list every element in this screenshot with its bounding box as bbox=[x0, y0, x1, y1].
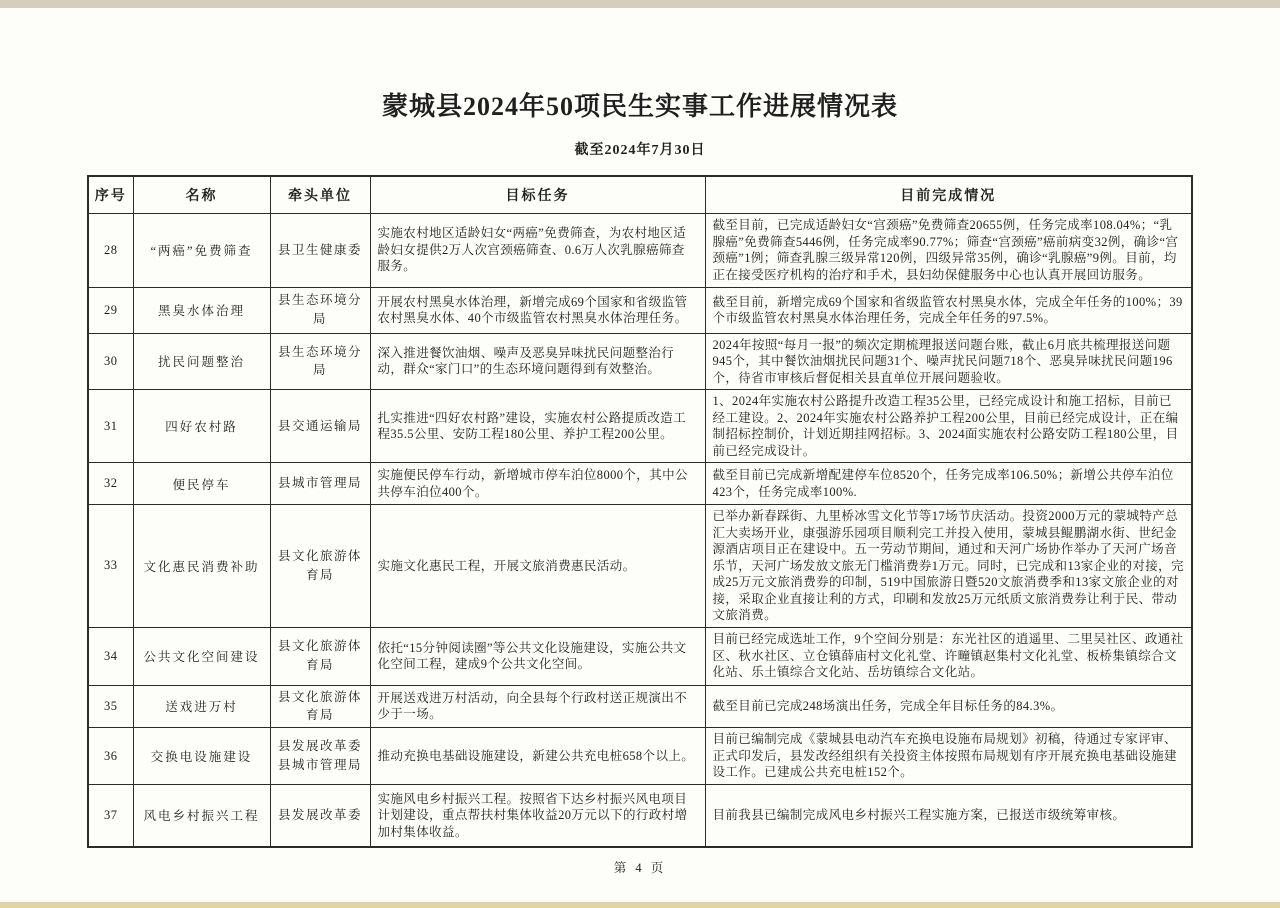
col-header-name: 名称 bbox=[133, 176, 270, 213]
table-row: 37 风电乡村振兴工程 县发展改革委 实施风电乡村振兴工程。按照省下达乡村振兴风… bbox=[88, 785, 1192, 847]
cell-status: 截至目前，已完成适龄妇女“宫颈癌”免费筛查20655例，任务完成率108.04%… bbox=[705, 213, 1192, 287]
page-number: 第 4 页 bbox=[0, 858, 1280, 876]
col-header-task: 目标任务 bbox=[370, 176, 705, 213]
cell-name: 便民停车 bbox=[133, 463, 270, 505]
cell-task: 开展农村黑臭水体治理，新增完成69个国家和省级监管农村黑臭水体、40个市级监管农… bbox=[370, 287, 705, 333]
table-row: 36 交换电设施建设 县发展改革委 县城市管理局 推动充换电基础设施建设，新建公… bbox=[88, 728, 1192, 785]
cell-no: 30 bbox=[88, 333, 133, 390]
table-row: 28 “两癌”免费筛查 县卫生健康委 实施农村地区适龄妇女“两癌”免费筛查，为农… bbox=[88, 213, 1192, 287]
cell-no: 32 bbox=[88, 463, 133, 505]
cell-task: 实施风电乡村振兴工程。按照省下达乡村振兴风电项目计划建设，重点帮扶村集体收益20… bbox=[370, 785, 705, 847]
cell-no: 28 bbox=[88, 213, 133, 287]
cell-unit: 县文化旅游体育局 bbox=[270, 685, 370, 728]
cell-no: 37 bbox=[88, 785, 133, 847]
scan-edge-bottom bbox=[0, 902, 1280, 908]
col-header-unit: 牵头单位 bbox=[270, 176, 370, 213]
cell-task: 实施农村地区适龄妇女“两癌”免费筛查，为农村地区适龄妇女提供2万人次宫颈癌筛查、… bbox=[370, 213, 705, 287]
cell-no: 36 bbox=[88, 728, 133, 785]
cell-name: 交换电设施建设 bbox=[133, 728, 270, 785]
cell-task: 实施文化惠民工程，开展文旅消费惠民活动。 bbox=[370, 505, 705, 628]
cell-status: 目前已编制完成《蒙城县电动汽车充换电设施布局规划》初稿，待通过专家评审、正式印发… bbox=[705, 728, 1192, 785]
document-page: 蒙城县2024年50项民生实事工作进展情况表 截至2024年7月30日 序号 名… bbox=[0, 0, 1280, 876]
progress-table: 序号 名称 牵头单位 目标任务 目前完成情况 28 “两癌”免费筛查 县卫生健康… bbox=[87, 175, 1193, 848]
table-row: 29 黑臭水体治理 县生态环境分局 开展农村黑臭水体治理，新增完成69个国家和省… bbox=[88, 287, 1192, 333]
cell-name: 黑臭水体治理 bbox=[133, 287, 270, 333]
cell-task: 推动充换电基础设施建设，新建公共充电桩658个以上。 bbox=[370, 728, 705, 785]
cell-name: 送戏进万村 bbox=[133, 685, 270, 728]
scan-edge-top bbox=[0, 0, 1280, 8]
cell-name: 风电乡村振兴工程 bbox=[133, 785, 270, 847]
cell-task: 实施便民停车行动，新增城市停车泊位8000个，其中公共停车泊位400个。 bbox=[370, 463, 705, 505]
cell-unit: 县生态环境分局 bbox=[270, 333, 370, 390]
cell-task: 扎实推进“四好农村路”建设，实施农村公路提质改造工程35.5公里、安防工程180… bbox=[370, 390, 705, 463]
col-header-status: 目前完成情况 bbox=[705, 176, 1192, 213]
table-header-row: 序号 名称 牵头单位 目标任务 目前完成情况 bbox=[88, 176, 1192, 213]
cell-unit: 县生态环境分局 bbox=[270, 287, 370, 333]
cell-status: 已举办新春踩街、九里桥冰雪文化节等17场节庆活动。投资2000万元的蒙城特产总汇… bbox=[705, 505, 1192, 628]
table-row: 33 文化惠民消费补助 县文化旅游体育局 实施文化惠民工程，开展文旅消费惠民活动… bbox=[88, 505, 1192, 628]
table-row: 30 扰民问题整治 县生态环境分局 深入推进餐饮油烟、噪声及恶臭异味扰民问题整治… bbox=[88, 333, 1192, 390]
cell-name: 文化惠民消费补助 bbox=[133, 505, 270, 628]
cell-status: 截至目前，新增完成69个国家和省级监管农村黑臭水体，完成全年任务的100%；39… bbox=[705, 287, 1192, 333]
cell-no: 33 bbox=[88, 505, 133, 628]
cell-task: 深入推进餐饮油烟、噪声及恶臭异味扰民问题整治行动，群众“家门口”的生态环境问题得… bbox=[370, 333, 705, 390]
page-title: 蒙城县2024年50项民生实事工作进展情况表 bbox=[0, 86, 1280, 123]
table-row: 35 送戏进万村 县文化旅游体育局 开展送戏进万村活动，向全县每个行政村送正规演… bbox=[88, 685, 1192, 728]
cell-status: 截至目前已完成248场演出任务，完成全年目标任务的84.3%。 bbox=[705, 685, 1192, 728]
cell-status: 目前已经完成选址工作，9个空间分别是：东光社区的逍遥里、二里吴社区、政通社区、秋… bbox=[705, 627, 1192, 685]
cell-unit: 县文化旅游体育局 bbox=[270, 627, 370, 685]
page-subtitle: 截至2024年7月30日 bbox=[0, 139, 1280, 159]
table-row: 34 公共文化空间建设 县文化旅游体育局 依托“15分钟阅读圈”等公共文化设施建… bbox=[88, 627, 1192, 685]
cell-status: 目前我县已编制完成风电乡村振兴工程实施方案，已报送市级统筹审核。 bbox=[705, 785, 1192, 847]
cell-no: 29 bbox=[88, 287, 133, 333]
table-row: 31 四好农村路 县交通运输局 扎实推进“四好农村路”建设，实施农村公路提质改造… bbox=[88, 390, 1192, 463]
cell-unit: 县交通运输局 bbox=[270, 390, 370, 463]
col-header-no: 序号 bbox=[88, 176, 133, 213]
cell-task: 开展送戏进万村活动，向全县每个行政村送正规演出不少于一场。 bbox=[370, 685, 705, 728]
table-row: 32 便民停车 县城市管理局 实施便民停车行动，新增城市停车泊位8000个，其中… bbox=[88, 463, 1192, 505]
cell-no: 31 bbox=[88, 390, 133, 463]
cell-status: 2024年按照“每月一报”的频次定期梳理报送问题台账，截止6月底共梳理报送问题9… bbox=[705, 333, 1192, 390]
cell-name: 公共文化空间建设 bbox=[133, 627, 270, 685]
cell-unit: 县发展改革委 县城市管理局 bbox=[270, 728, 370, 785]
cell-status: 1、2024年实施农村公路提升改造工程35公里，已经完成设计和施工招标，目前已经… bbox=[705, 390, 1192, 463]
cell-no: 34 bbox=[88, 627, 133, 685]
cell-name: “两癌”免费筛查 bbox=[133, 213, 270, 287]
cell-name: 四好农村路 bbox=[133, 390, 270, 463]
cell-name: 扰民问题整治 bbox=[133, 333, 270, 390]
cell-unit: 县卫生健康委 bbox=[270, 213, 370, 287]
cell-status: 截至目前已完成新增配建停车位8520个，任务完成率106.50%；新增公共停车泊… bbox=[705, 463, 1192, 505]
cell-no: 35 bbox=[88, 685, 133, 728]
cell-unit: 县城市管理局 bbox=[270, 463, 370, 505]
cell-unit: 县发展改革委 bbox=[270, 785, 370, 847]
cell-task: 依托“15分钟阅读圈”等公共文化设施建设，实施公共文化空间工程，建成9个公共文化… bbox=[370, 627, 705, 685]
cell-unit: 县文化旅游体育局 bbox=[270, 505, 370, 628]
